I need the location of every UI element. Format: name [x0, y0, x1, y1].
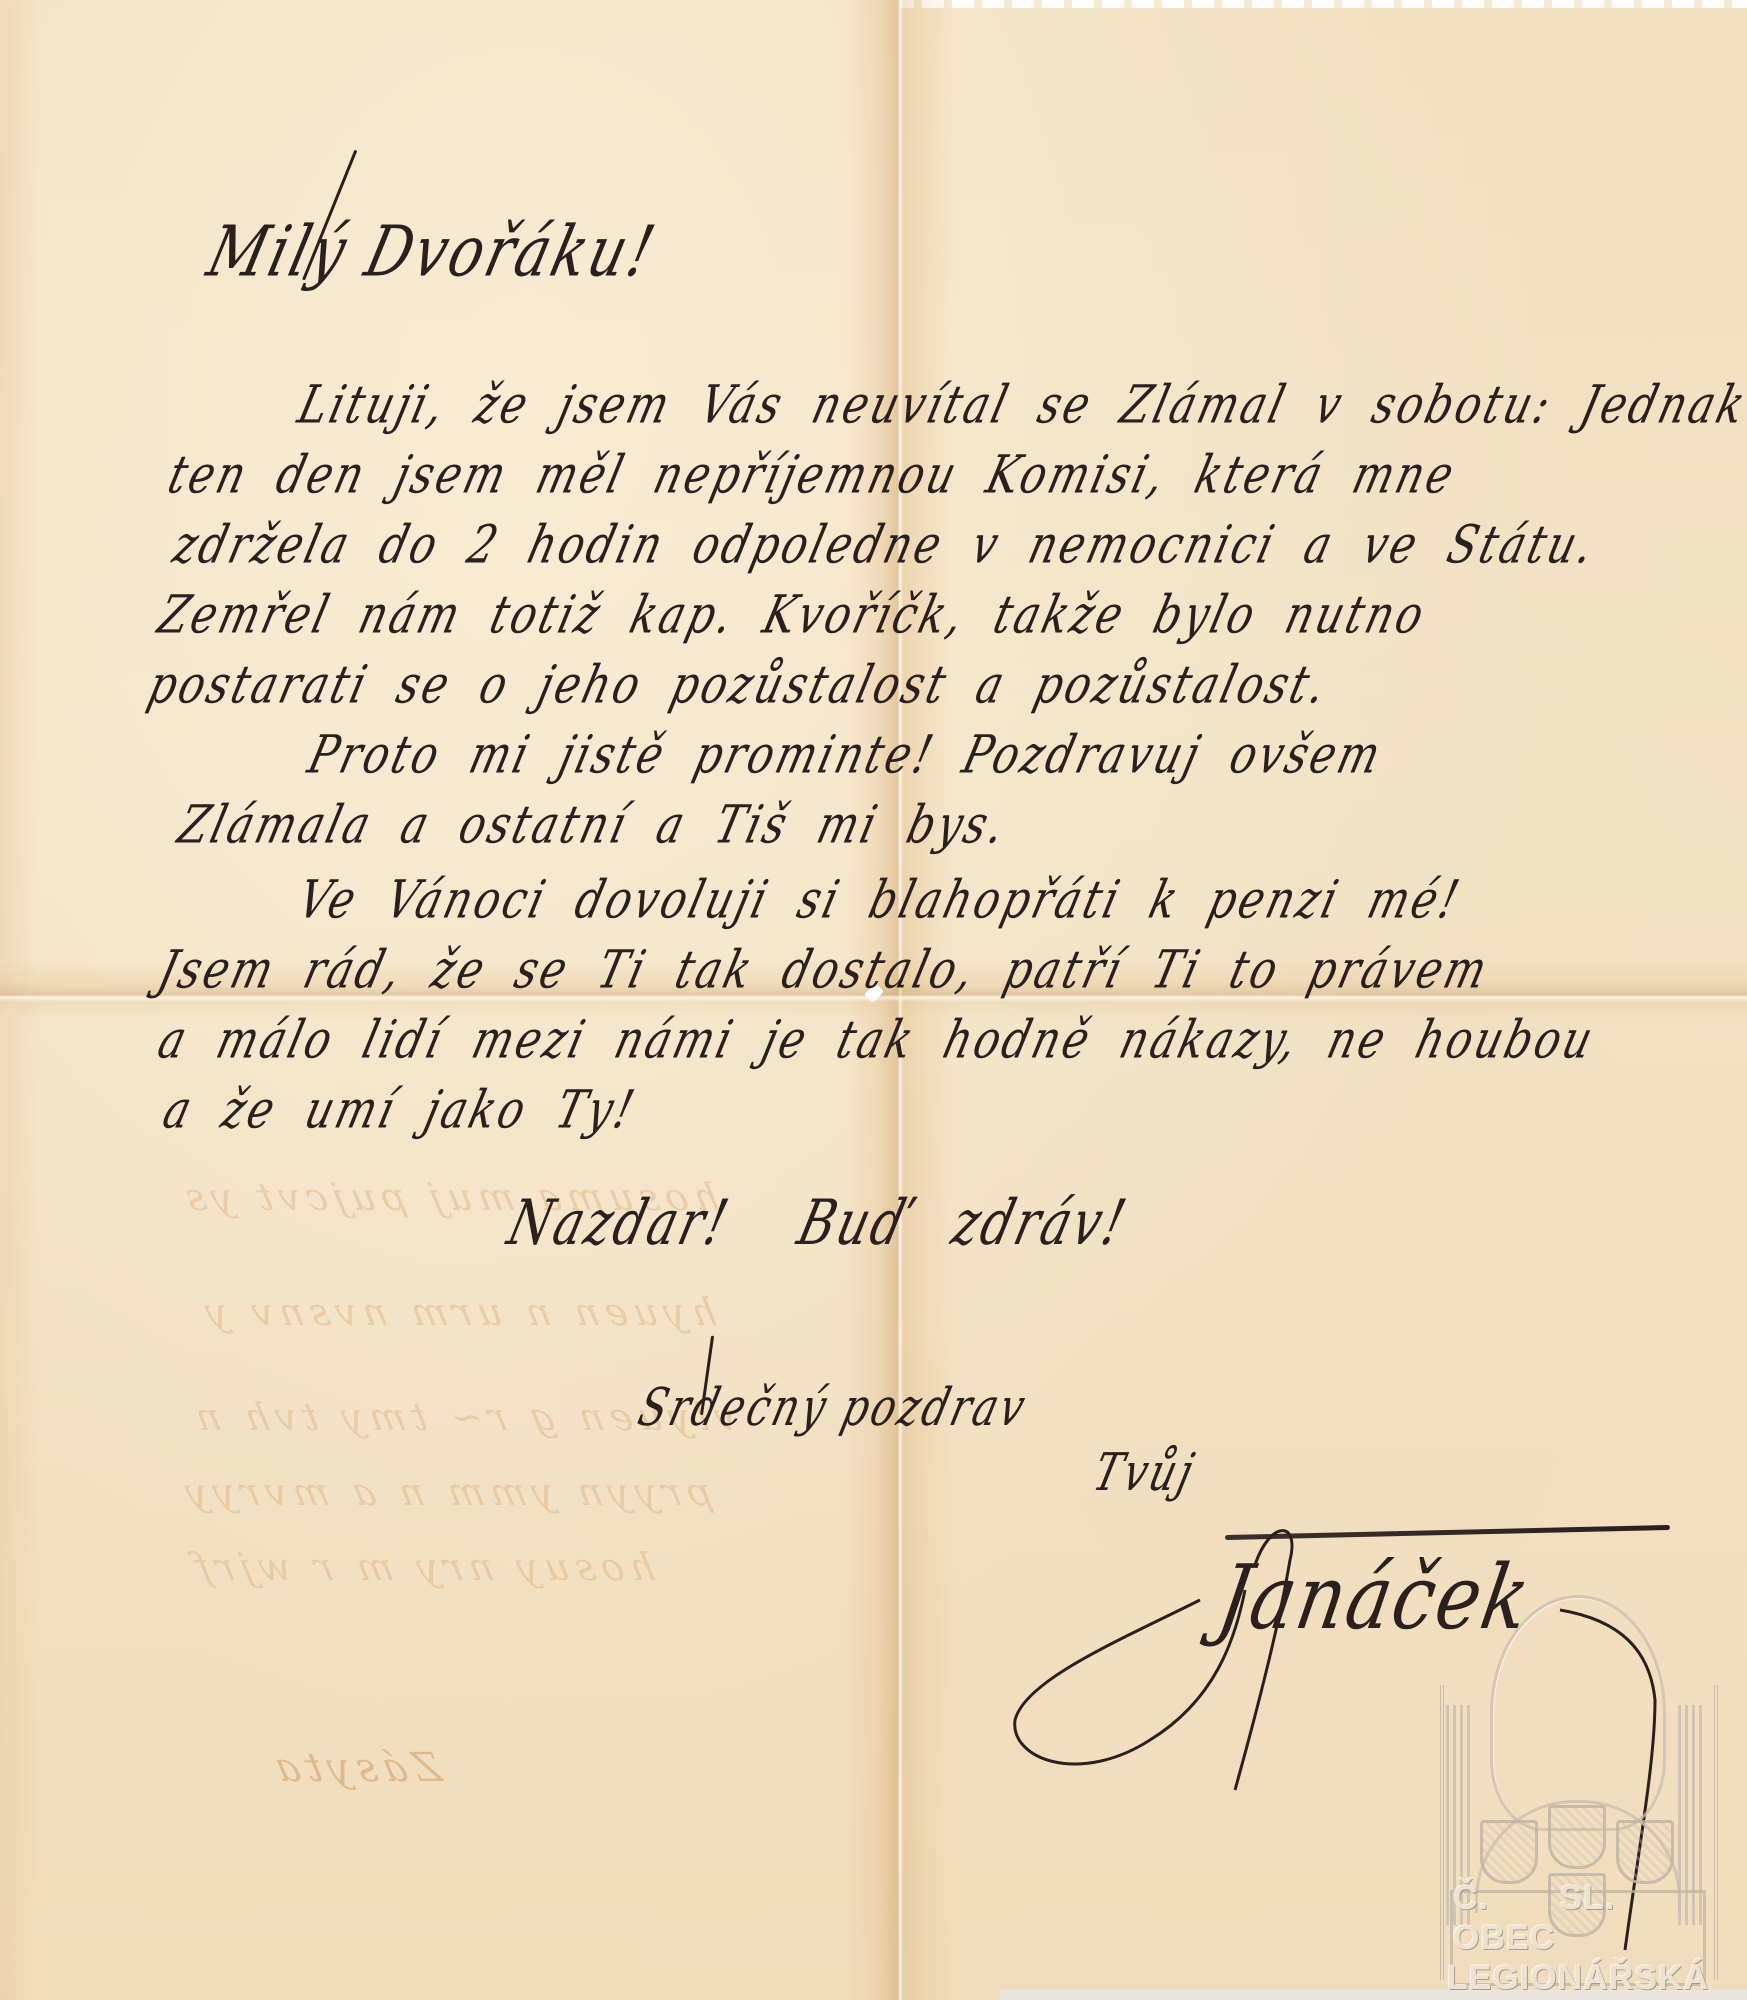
sign-off-greeting: Srdečný pozdrav — [633, 1378, 1034, 1438]
torn-top-edge — [900, 0, 1747, 8]
embossed-legion-seal: Č. SL. OBEC LEGIONÁŘSKÁ — [1440, 1555, 1710, 1980]
bleed-through-line: hosuy nry m r wjrf — [185, 1545, 658, 1589]
letter-body-line: Ve Vánoci dovoluji si blahopřáti k penzi… — [292, 869, 1467, 930]
letter-greeting: Milý Dvořáku! — [200, 212, 665, 293]
letter-body-line: Jsem rád, že se Ti tak dostalo, patří Ti… — [152, 939, 1495, 1000]
signature-underline — [1225, 1525, 1670, 1540]
letter-body-line: zdržela do 2 hodin odpoledne v nemocnici… — [167, 514, 1602, 575]
letter-body-line: Zemřel nám totiž kap. Kvoříčk, takže byl… — [152, 584, 1432, 645]
bleed-through-line: pryyn ymm n a mvryy — [175, 1470, 716, 1514]
coat-of-arms-icon — [1480, 1820, 1538, 1884]
letter-body-line: a že umí jako Ty! — [157, 1079, 642, 1140]
letter-body-line: postarati se o jeho pozůstalost a pozůst… — [142, 654, 1335, 715]
sign-off-yours: Tvůj — [1088, 1443, 1202, 1503]
letter-paper: hosuma muj pujcvt ys hyuen n urm nvsnv y… — [0, 0, 1747, 2000]
letter-closing-nazdar: Nazdar! — [501, 1187, 738, 1260]
letter-body-line: ten den jsem měl nepříjemnou Komisi, kte… — [162, 444, 1462, 505]
seal-text-obec: OBEC — [1453, 1919, 1555, 1957]
coat-of-arms-icon — [1616, 1820, 1674, 1884]
coat-of-arms-icon — [1548, 1805, 1606, 1869]
seal-text-legionarska: LEGIONÁŘSKÁ — [1447, 1958, 1709, 1998]
bleed-through-line: hyuen n urm nvsnv y — [195, 1290, 720, 1334]
letter-closing-bud-zdrav: Buď zdráv! — [791, 1187, 1135, 1260]
letter-body-line: a málo lidí mezi námi je tak hodně nákaz… — [152, 1009, 1601, 1070]
letter-body-line: Zlámala a ostatní a Tiš mi bys. — [172, 794, 1013, 855]
letter-body-line: Proto mi jistě prominte! Pozdravuj ovšem — [302, 724, 1389, 785]
seal-label: Č. SL. OBEC LEGIONÁŘSKÁ — [1450, 1890, 1706, 1986]
soldier-profile-emblem — [1490, 1595, 1666, 1831]
faint-stain-mark: Zásyta — [265, 1745, 445, 1791]
seal-text-csl: Č. SL. — [1453, 1879, 1615, 1917]
letter-body-line: Lituji, že jsem Vás neuvítal se Zlámal v… — [292, 374, 1747, 435]
seal-label-line1: Č. SL. OBEC — [1453, 1878, 1703, 1958]
